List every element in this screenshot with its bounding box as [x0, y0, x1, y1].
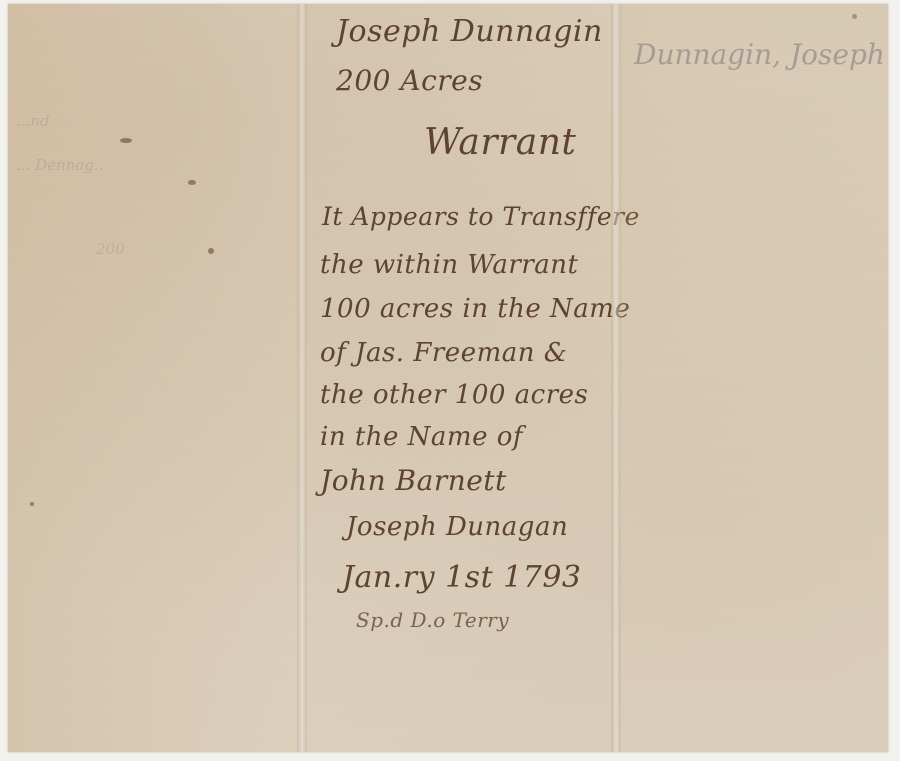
body-line: the within Warrant: [320, 250, 578, 280]
right-panel: Dunnagin, Joseph: [620, 4, 888, 752]
docket-name: Joseph Dunnagin: [336, 14, 603, 49]
ink-spot: [120, 138, 132, 143]
bleedthrough-text: ... Dennag..: [16, 156, 103, 174]
docket-acres: 200 Acres: [336, 64, 483, 97]
ink-spot: [208, 248, 214, 254]
bleedthrough-text: ...nd: [16, 112, 50, 130]
docket-title: Warrant: [424, 122, 576, 163]
body-line: It Appears to Transffere: [322, 202, 640, 231]
center-panel: Joseph Dunnagin 200 Acres Warrant It App…: [306, 4, 612, 752]
signature: Joseph Dunagan: [346, 512, 568, 542]
ink-spot: [30, 502, 34, 506]
ink-spot: [852, 14, 857, 19]
bleedthrough-text: 200: [96, 240, 125, 258]
left-panel: ...nd ... Dennag.. 200: [8, 4, 298, 752]
date: Jan.ry 1st 1793: [342, 560, 582, 595]
body-line: the other 100 acres: [320, 380, 588, 410]
endorsement: Sp.d D.o Terry: [356, 608, 509, 632]
document-scan: ...nd ... Dennag.. 200 Joseph Dunnagin 2…: [0, 0, 900, 761]
paper-sheet: ...nd ... Dennag.. 200 Joseph Dunnagin 2…: [8, 4, 888, 752]
pencil-index-note: Dunnagin, Joseph: [634, 38, 885, 71]
body-line: 100 acres in the Name: [320, 294, 630, 324]
body-line: in the Name of: [320, 422, 523, 452]
body-line: John Barnett: [320, 464, 507, 497]
body-line: of Jas. Freeman &: [320, 338, 567, 368]
ink-spot: [188, 180, 196, 185]
